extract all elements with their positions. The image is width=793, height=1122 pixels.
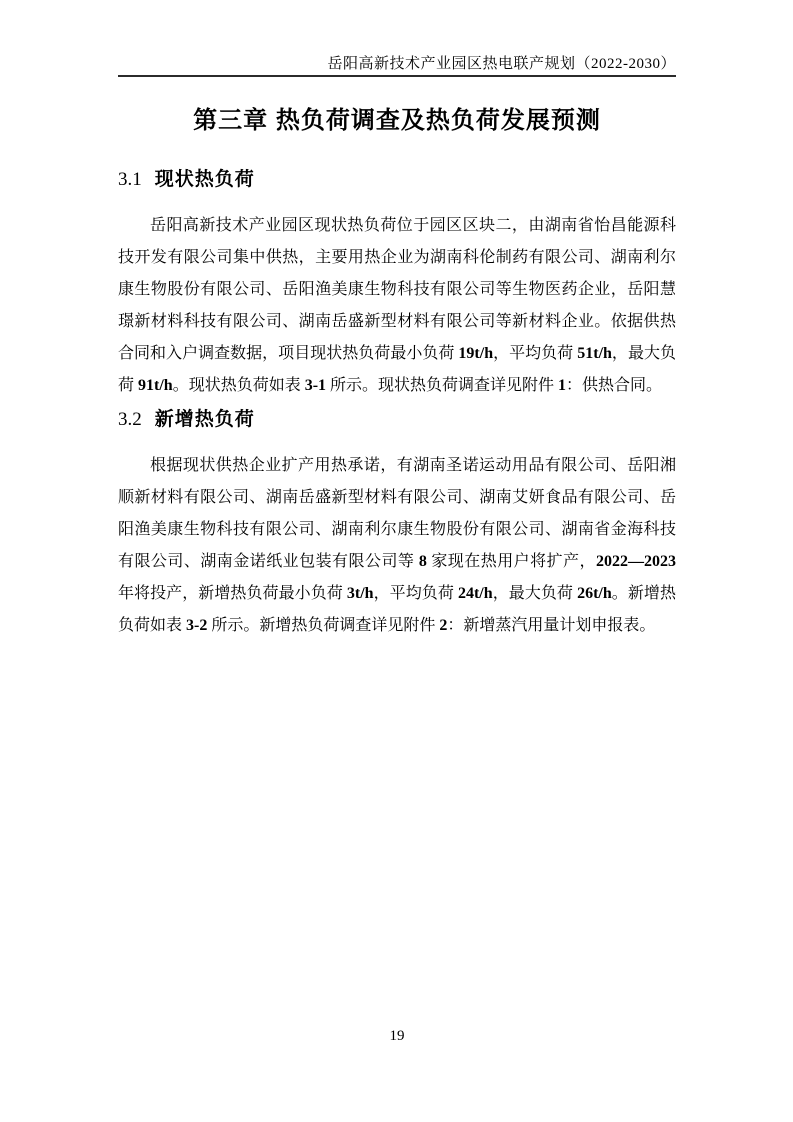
page-header-title: 岳阳高新技术产业园区热电联产规划（2022-2030）: [118, 55, 676, 73]
header-rule: [118, 75, 676, 77]
section-3-2-number: 3.2: [118, 409, 142, 430]
section-3-2-heading: 3.2新增热负荷: [118, 406, 676, 434]
document-page: 岳阳高新技术产业园区热电联产规划（2022-2030） 第三章 热负荷调查及热负…: [0, 0, 793, 1122]
section-3-1-paragraph: 岳阳高新技术产业园区现状热负荷位于园区区块二，由湖南省怡昌能源科技开发有限公司集…: [118, 210, 676, 402]
page-number: 19: [118, 1027, 676, 1045]
section-3-1-heading: 3.1现状热负荷: [118, 166, 676, 194]
chapter-title: 第三章 热负荷调查及热负荷发展预测: [118, 104, 676, 138]
section-3-1-title: 现状热负荷: [155, 169, 255, 190]
section-3-2-paragraph: 根据现状供热企业扩产用热承诺，有湖南圣诺运动用品有限公司、岳阳湘顺新材料有限公司…: [118, 450, 676, 642]
section-3-2-title: 新增热负荷: [155, 409, 255, 430]
section-3-1-number: 3.1: [118, 169, 142, 190]
